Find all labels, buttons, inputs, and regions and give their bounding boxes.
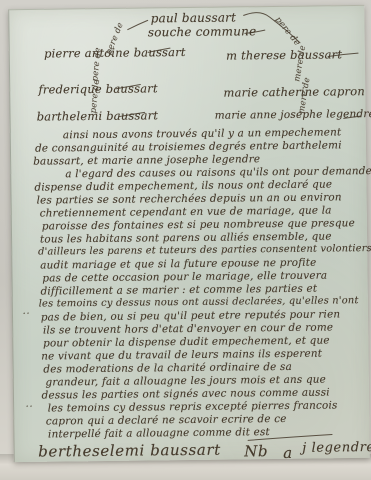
tree-right-name-1: m therese baussart xyxy=(226,47,342,62)
body-line: les temoins cy dessus nous ont aussi dec… xyxy=(39,295,359,309)
margin-mark: .. xyxy=(23,307,31,317)
body-line: de consanguinité au troisiemes degrés en… xyxy=(35,139,342,154)
tree-root-caption: souche commune xyxy=(148,24,257,39)
signature-bride: j legendre xyxy=(302,440,371,456)
tree-left-name-1: pierre antoine baussart xyxy=(44,45,186,60)
tree-right-name-2: marie catherine capron xyxy=(223,84,365,99)
tree-root-name: paul baussart xyxy=(151,10,237,25)
tree-left-name-3: barthelemi baussart xyxy=(37,108,159,123)
body-line: les temoins cy dessus repris excepté pie… xyxy=(48,399,338,414)
body-line: capron qui a declaré ne scavoir ecrire d… xyxy=(46,413,287,428)
tree-right-name-3: marie anne josephe legendre xyxy=(215,108,371,122)
tree-left-connector-1: pere de xyxy=(90,47,103,82)
body-line: baussart, et marie anne josephe legendre xyxy=(33,153,260,167)
body-line: interpellé fait a allouagne comme dit es… xyxy=(48,426,270,440)
body-line: d'ailleurs les parens et tuteurs des par… xyxy=(38,243,371,257)
margin-mark: .. xyxy=(26,400,34,410)
tree-right-connector-top: pere de xyxy=(273,15,302,48)
signature-groom: bertheselemi baussart xyxy=(38,441,221,461)
ink-layer: paul baussart souche commune pere de pie… xyxy=(0,0,371,480)
signature-mark-nb: Nb xyxy=(244,442,268,460)
signature-mark-a: a xyxy=(283,444,293,462)
